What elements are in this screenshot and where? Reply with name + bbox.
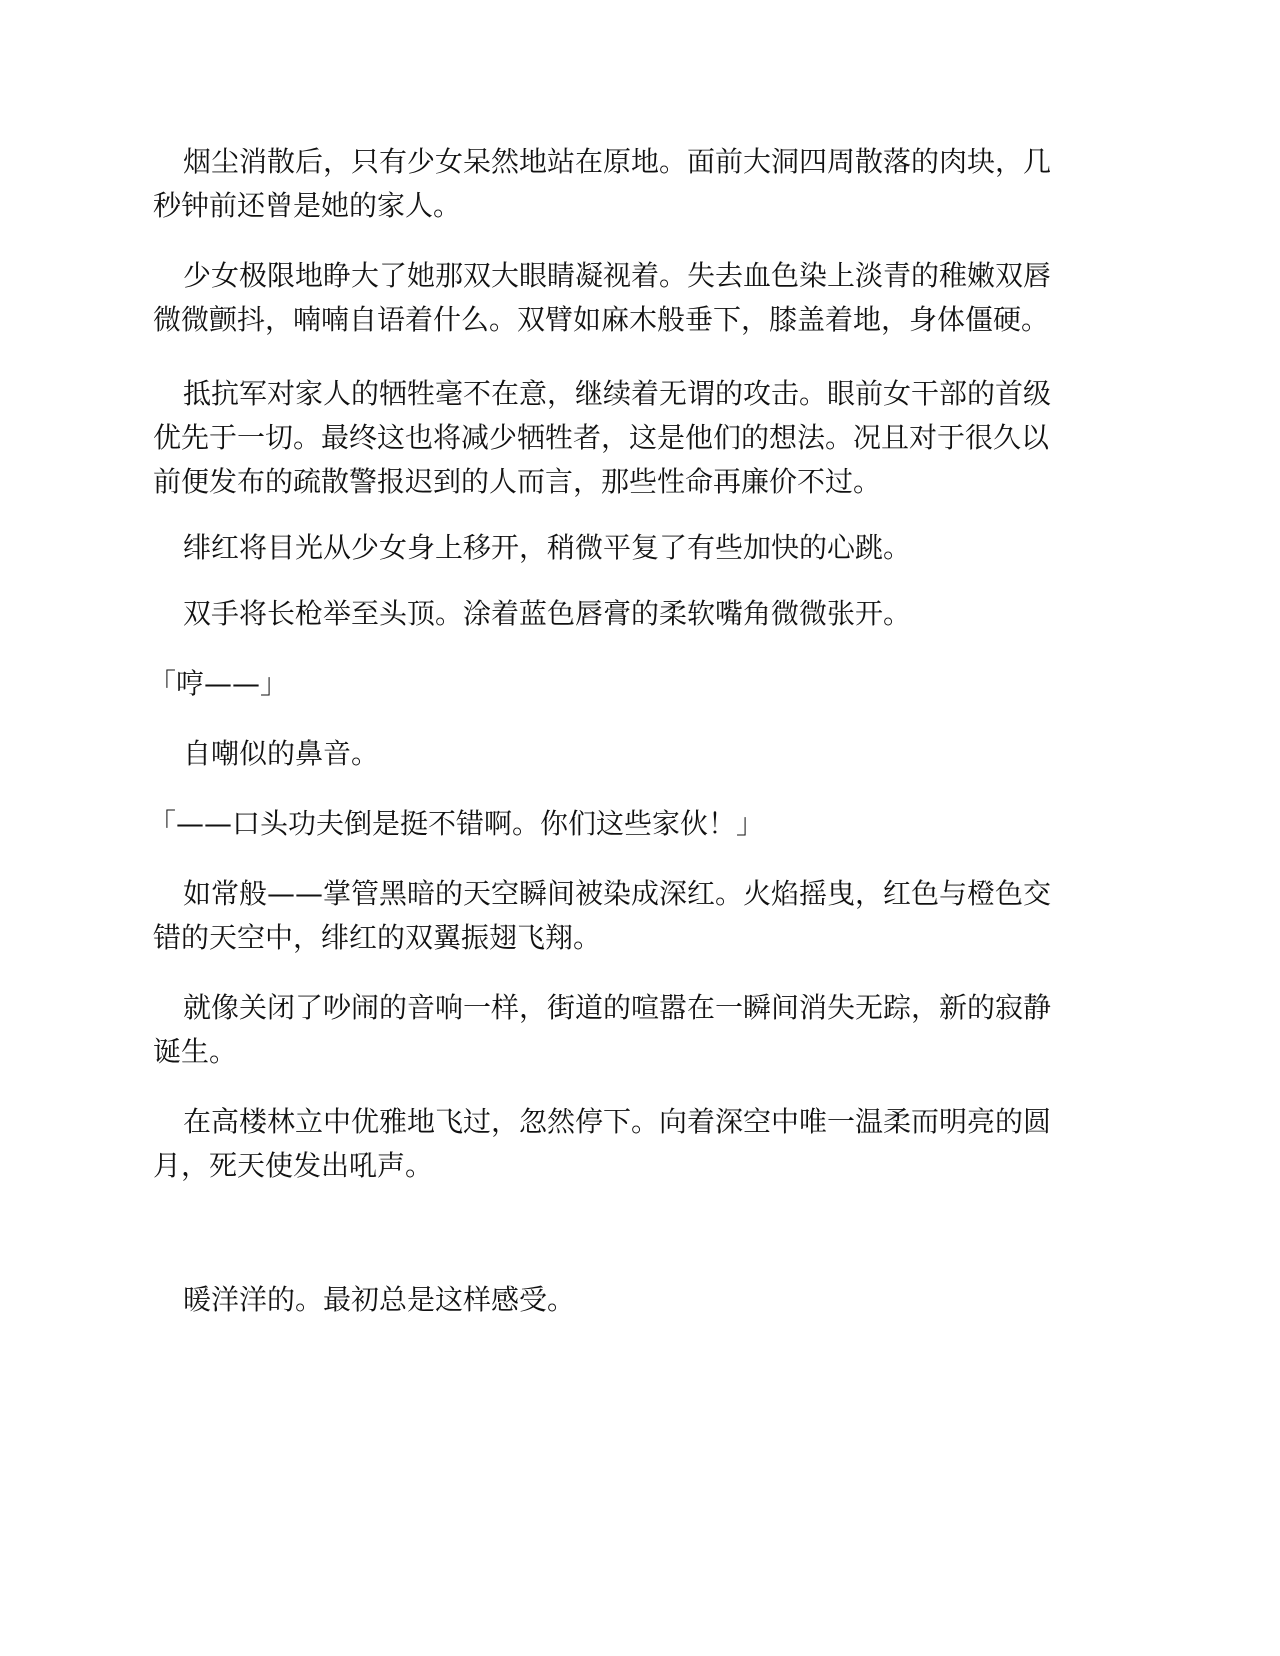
paragraph-gap	[153, 1074, 1063, 1100]
dialog-line: 「哼——」	[148, 662, 1063, 706]
paragraph-gap	[153, 776, 1063, 802]
paragraph: 如常般——掌管黑暗的天空瞬间被染成深红。火焰摇曳，红色与橙色交错的天空中，绯红的…	[153, 872, 1063, 960]
paragraph-gap	[153, 846, 1063, 872]
paragraph: 抵抗军对家人的牺牲毫不在意，继续着无谓的攻击。眼前女干部的首级优先于一切。最终这…	[153, 372, 1063, 504]
paragraph-gap	[153, 342, 1063, 372]
document-page: 烟尘消散后，只有少女呆然地站在原地。面前大洞四周散落的肉块，几秒钟前还曾是她的家…	[153, 140, 1063, 1322]
paragraph: 就像关闭了吵闹的音响一样，街道的喧嚣在一瞬间消失无踪，新的寂静诞生。	[153, 986, 1063, 1074]
paragraph: 绯红将目光从少女身上移开，稍微平复了有些加快的心跳。	[153, 526, 1063, 570]
paragraph-gap	[153, 504, 1063, 526]
paragraph: 自嘲似的鼻音。	[153, 732, 1063, 776]
paragraph: 双手将长枪举至头顶。涂着蓝色唇膏的柔软嘴角微微张开。	[153, 592, 1063, 636]
paragraph: 烟尘消散后，只有少女呆然地站在原地。面前大洞四周散落的肉块，几秒钟前还曾是她的家…	[153, 140, 1063, 228]
paragraph-gap	[153, 706, 1063, 732]
paragraph-gap	[153, 636, 1063, 662]
paragraph: 在高楼林立中优雅地飞过，忽然停下。向着深空中唯一温柔而明亮的圆月，死天使发出吼声…	[153, 1100, 1063, 1188]
paragraph: 暖洋洋的。最初总是这样感受。	[153, 1278, 1063, 1322]
paragraph-gap	[153, 960, 1063, 986]
paragraph-gap	[153, 570, 1063, 592]
dialog-line: 「——口头功夫倒是挺不错啊。你们这些家伙！」	[148, 802, 1063, 846]
paragraph-gap	[153, 228, 1063, 254]
paragraph: 少女极限地睁大了她那双大眼睛凝视着。失去血色染上淡青的稚嫩双唇微微颤抖，喃喃自语…	[153, 254, 1063, 342]
section-gap	[153, 1188, 1063, 1278]
